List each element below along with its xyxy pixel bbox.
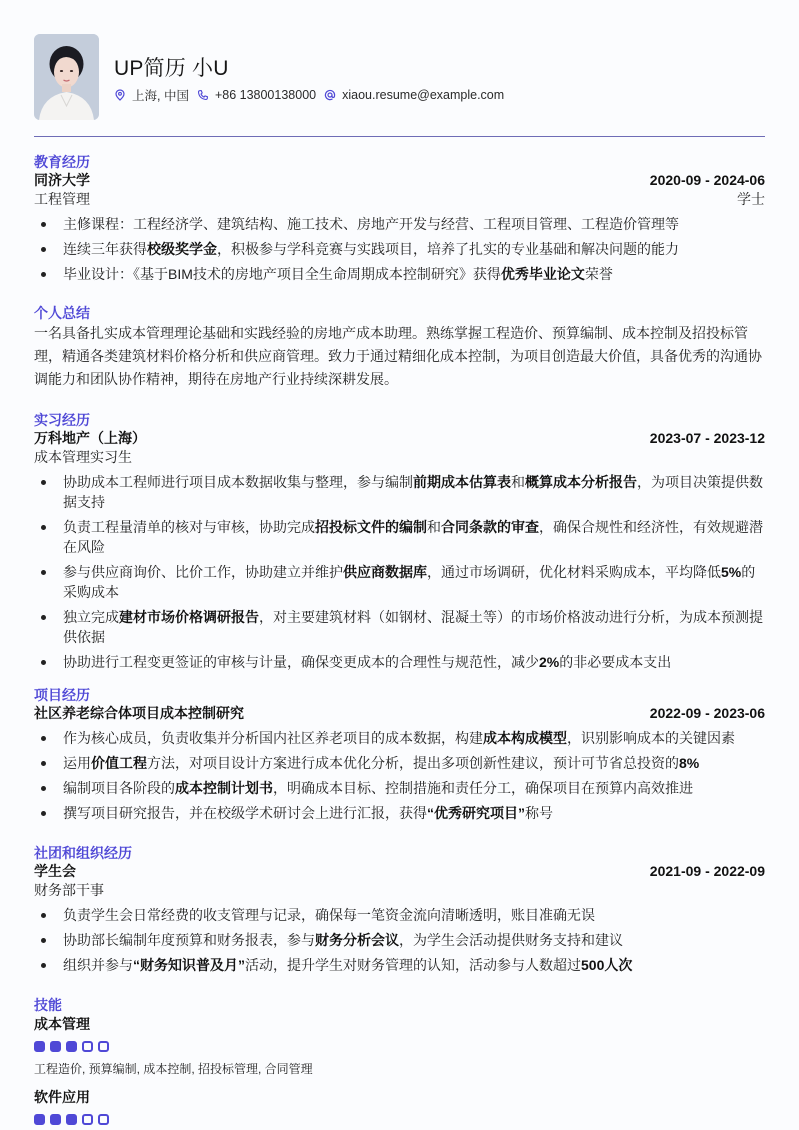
level-dot-filled-icon bbox=[66, 1041, 77, 1052]
avatar bbox=[34, 34, 99, 120]
section-skills: 技能 成本管理 工程造价, 预算编制, 成本控制, 招投标管理, 合同管理 软件… bbox=[34, 996, 765, 1126]
club-role: 财务部干事 bbox=[34, 881, 104, 900]
section-title: 社团和组织经历 bbox=[34, 844, 765, 862]
internship-date: 2023-07 - 2023-12 bbox=[650, 429, 765, 448]
education-header-row: 同济大学 2020-09 - 2024-06 bbox=[34, 171, 765, 190]
skill-keywords: 工程造价, 预算编制, 成本控制, 招投标管理, 合同管理 bbox=[34, 1061, 765, 1077]
skill-name: 成本管理 bbox=[34, 1015, 765, 1034]
level-dot-filled-icon bbox=[34, 1041, 45, 1052]
skill-level-dots bbox=[34, 1041, 765, 1053]
location-pin-icon bbox=[114, 89, 126, 101]
contact-list: 上海, 中国 +86 13800138000 xiaou.resume@exam… bbox=[114, 86, 512, 104]
degree: 学士 bbox=[737, 190, 765, 209]
bullet-item: 编制项目各阶段的成本控制计划书，明确成本目标、控制措施和责任分工，确保项目在预算… bbox=[34, 778, 765, 798]
bullet-item: 负责工程量清单的核对与审核，协助完成招投标文件的编制和合同条款的审查，确保合规性… bbox=[34, 517, 765, 557]
education-date: 2020-09 - 2024-06 bbox=[650, 171, 765, 190]
level-dot-empty-icon bbox=[82, 1041, 93, 1052]
project-bullets: 作为核心成员，负责收集并分析国内社区养老项目的成本数据，构建成本构成模型，识别影… bbox=[34, 728, 765, 823]
at-sign-icon bbox=[324, 89, 336, 101]
resume-page: UP简历 小U 上海, 中国 +86 13800138000 bbox=[34, 0, 765, 137]
bullet-item: 协助进行工程变更签证的审核与计量，确保变更成本的合理性与规范性，减少2%的非必要… bbox=[34, 652, 765, 672]
major: 工程管理 bbox=[34, 190, 90, 209]
level-dot-empty-icon bbox=[98, 1041, 109, 1052]
club-org: 学生会 bbox=[34, 862, 76, 881]
bullet-item: 主修课程：工程经济学、建筑结构、施工技术、房地产开发与经营、工程项目管理、工程造… bbox=[34, 214, 765, 234]
bullet-item: 负责学生会日常经费的收支管理与记录，确保每一笔资金流向清晰透明，账目准确无误 bbox=[34, 905, 765, 925]
club-sub-row: 财务部干事 bbox=[34, 881, 765, 900]
bullet-item: 参与供应商询价、比价工作，协助建立并维护供应商数据库，通过市场调研，优化材料采购… bbox=[34, 562, 765, 602]
phone-text: +86 13800138000 bbox=[215, 88, 316, 102]
club-bullets: 负责学生会日常经费的收支管理与记录，确保每一笔资金流向清晰透明，账目准确无误协助… bbox=[34, 905, 765, 975]
skill-name: 软件应用 bbox=[34, 1088, 765, 1107]
candidate-name: UP简历 小U bbox=[114, 52, 229, 82]
section-title: 教育经历 bbox=[34, 153, 765, 171]
bullet-item: 组织并参与“财务知识普及月”活动，提升学生对财务管理的认知，活动参与人数超过50… bbox=[34, 955, 765, 975]
contact-email[interactable]: xiaou.resume@example.com bbox=[324, 88, 504, 102]
bullet-item: 运用价值工程方法，对项目设计方案进行成本优化分析，提出多项创新性建议，预计可节省… bbox=[34, 753, 765, 773]
internship-role: 成本管理实习生 bbox=[34, 448, 132, 467]
bullet-item: 毕业设计：《基于BIM技术的房地产项目全生命周期成本控制研究》获得优秀毕业论文荣… bbox=[34, 264, 765, 284]
internship-bullets: 协助成本工程师进行项目成本数据收集与整理，参与编制前期成本估算表和概算成本分析报… bbox=[34, 472, 765, 672]
summary-text: 一名具备扎实成本管理理论基础和实践经验的房地产成本助理。熟练掌握工程造价、预算编… bbox=[34, 322, 765, 391]
phone-icon bbox=[197, 89, 209, 101]
bullet-item: 独立完成建材市场价格调研报告，对主要建筑材料（如钢材、混凝土等）的市场价格波动进… bbox=[34, 607, 765, 647]
education-bullets: 主修课程：工程经济学、建筑结构、施工技术、房地产开发与经营、工程项目管理、工程造… bbox=[34, 214, 765, 284]
contact-phone[interactable]: +86 13800138000 bbox=[197, 88, 316, 102]
level-dot-empty-icon bbox=[98, 1114, 109, 1125]
bullet-item: 连续三年获得校级奖学金，积极参与学科竞赛与实践项目，培养了扎实的专业基础和解决问… bbox=[34, 239, 765, 259]
resume-header: UP简历 小U 上海, 中国 +86 13800138000 bbox=[34, 0, 765, 137]
section-title: 项目经历 bbox=[34, 686, 765, 704]
section-title: 实习经历 bbox=[34, 411, 765, 429]
level-dot-filled-icon bbox=[50, 1114, 61, 1125]
company-name: 万科地产（上海） bbox=[34, 429, 146, 448]
header-divider bbox=[34, 136, 765, 137]
project-date: 2022-09 - 2023-06 bbox=[650, 704, 765, 723]
level-dot-filled-icon bbox=[34, 1114, 45, 1125]
contact-location: 上海, 中国 bbox=[114, 86, 189, 104]
portrait-photo-icon bbox=[34, 34, 99, 120]
level-dot-empty-icon bbox=[82, 1114, 93, 1125]
level-dot-filled-icon bbox=[66, 1114, 77, 1125]
school-name: 同济大学 bbox=[34, 171, 90, 190]
level-dot-filled-icon bbox=[50, 1041, 61, 1052]
email-text: xiaou.resume@example.com bbox=[342, 88, 504, 102]
skill-item: 软件应用 bbox=[34, 1088, 765, 1126]
skill-item: 成本管理 工程造价, 预算编制, 成本控制, 招投标管理, 合同管理 bbox=[34, 1015, 765, 1077]
bullet-item: 作为核心成员，负责收集并分析国内社区养老项目的成本数据，构建成本构成模型，识别影… bbox=[34, 728, 765, 748]
project-header-row: 社区养老综合体项目成本控制研究 2022-09 - 2023-06 bbox=[34, 704, 765, 723]
club-header-row: 学生会 2021-09 - 2022-09 bbox=[34, 862, 765, 881]
section-education: 教育经历 同济大学 2020-09 - 2024-06 工程管理 学士 主修课程… bbox=[34, 153, 765, 289]
section-internship: 实习经历 万科地产（上海） 2023-07 - 2023-12 成本管理实习生 … bbox=[34, 411, 765, 677]
education-sub-row: 工程管理 学士 bbox=[34, 190, 765, 209]
internship-header-row: 万科地产（上海） 2023-07 - 2023-12 bbox=[34, 429, 765, 448]
section-club: 社团和组织经历 学生会 2021-09 - 2022-09 财务部干事 负责学生… bbox=[34, 844, 765, 980]
bullet-item: 撰写项目研究报告，并在校级学术研讨会上进行汇报，获得“优秀研究项目”称号 bbox=[34, 803, 765, 823]
section-title: 技能 bbox=[34, 996, 765, 1014]
bullet-item: 协助成本工程师进行项目成本数据收集与整理，参与编制前期成本估算表和概算成本分析报… bbox=[34, 472, 765, 512]
location-text: 上海, 中国 bbox=[132, 86, 189, 104]
section-title: 个人总结 bbox=[34, 304, 765, 322]
skill-level-dots bbox=[34, 1114, 765, 1126]
section-summary: 个人总结 一名具备扎实成本管理理论基础和实践经验的房地产成本助理。熟练掌握工程造… bbox=[34, 304, 765, 391]
club-date: 2021-09 - 2022-09 bbox=[650, 862, 765, 881]
internship-sub-row: 成本管理实习生 bbox=[34, 448, 765, 467]
section-project: 项目经历 社区养老综合体项目成本控制研究 2022-09 - 2023-06 作… bbox=[34, 686, 765, 828]
project-name: 社区养老综合体项目成本控制研究 bbox=[34, 704, 244, 723]
bullet-item: 协助部长编制年度预算和财务报表，参与财务分析会议，为学生会活动提供财务支持和建议 bbox=[34, 930, 765, 950]
